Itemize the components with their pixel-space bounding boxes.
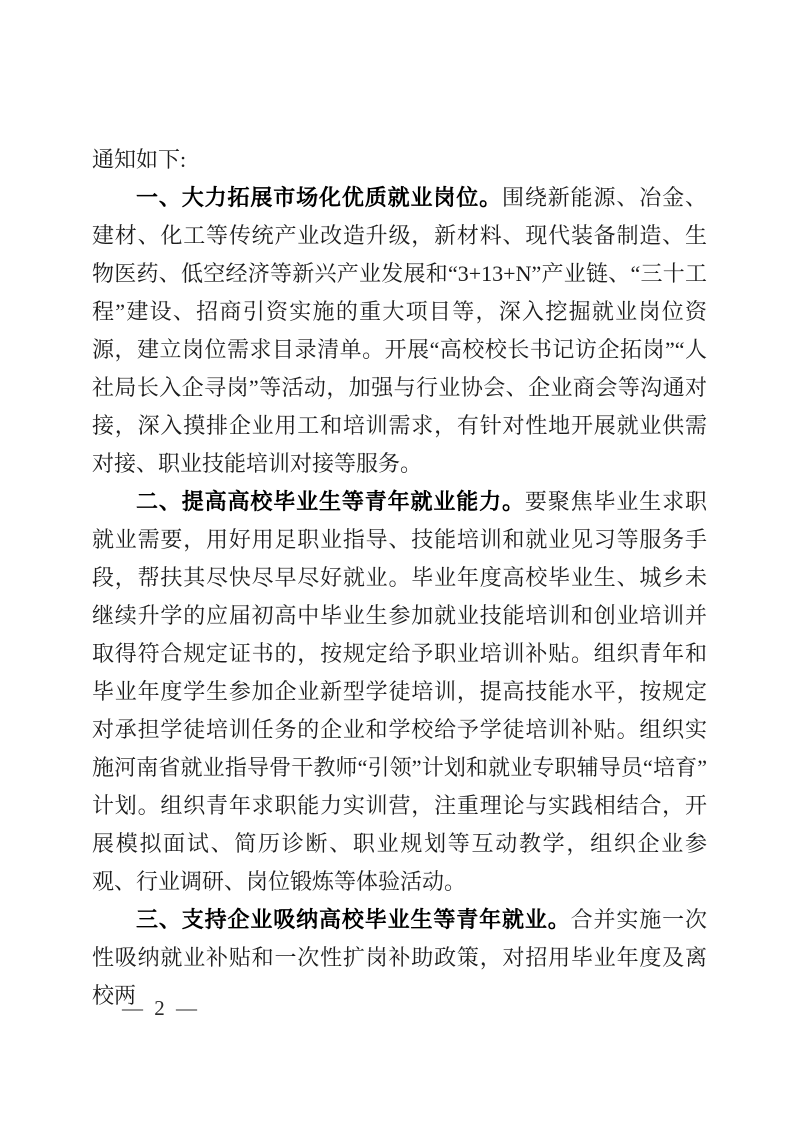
section-2-heading: 二、提高高校毕业生等青年就业能力。 bbox=[136, 489, 525, 514]
section-1-body: 围绕新能源、冶金、建材、化工等传统产业改造升级，新材料、现代装备制造、生物医药、… bbox=[92, 185, 707, 476]
intro-line: 通知如下: bbox=[92, 141, 707, 179]
section-2-body: 要聚焦毕业生求职就业需要，用好用足职业指导、技能培训和就业见习等服务手段，帮扶其… bbox=[92, 489, 707, 894]
section-paragraph-1: 一、大力拓展市场化优质就业岗位。围绕新能源、冶金、建材、化工等传统产业改造升级，… bbox=[92, 179, 707, 483]
document-page: 通知如下: 一、大力拓展市场化优质就业岗位。围绕新能源、冶金、建材、化工等传统产… bbox=[0, 0, 793, 1122]
document-body: 通知如下: 一、大力拓展市场化优质就业岗位。围绕新能源、冶金、建材、化工等传统产… bbox=[92, 141, 707, 1015]
page-number: — 2 — bbox=[122, 993, 200, 1023]
section-1-heading: 一、大力拓展市场化优质就业岗位。 bbox=[136, 185, 502, 210]
section-paragraph-2: 二、提高高校毕业生等青年就业能力。要聚焦毕业生求职就业需要，用好用足职业指导、技… bbox=[92, 483, 707, 901]
section-3-heading: 三、支持企业吸纳高校毕业生等青年就业。 bbox=[136, 907, 571, 932]
